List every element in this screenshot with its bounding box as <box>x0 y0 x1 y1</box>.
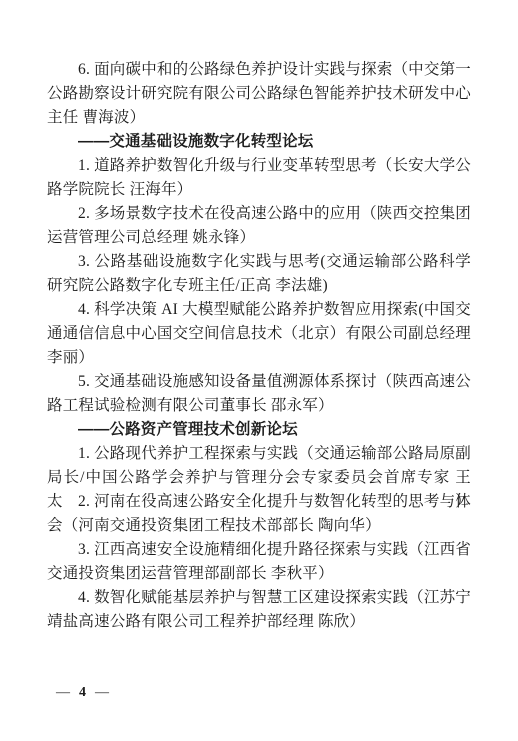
text-line: 通通信信息中心国交空间信息技术（北京）有限公司副总经理 <box>47 322 471 346</box>
text-line: 交通投资集团运营管理部副部长 李秋平） <box>47 562 471 586</box>
footer-page-number: 4 <box>79 685 86 700</box>
text-line: 4. 数智化赋能基层养护与智慧工区建设探索实践（江苏宁 <box>47 586 471 610</box>
text-line: 1. 道路养护数智化升级与行业变革转型思考（长安大学公 <box>47 154 471 178</box>
text-line: 5. 交通基础设施感知设备量值溯源体系探讨（陕西高速公 <box>47 370 471 394</box>
text-line: 1. 公路现代养护工程探索与实践（交通运输部公路局原副 <box>47 442 471 466</box>
text-line: 运营管理公司总经理 姚永锋） <box>47 226 471 250</box>
text-line: 主任 曹海波） <box>47 106 471 130</box>
text-line: 李丽） <box>47 346 471 370</box>
text-line: 6. 面向碳中和的公路绿色养护设计实践与探索（中交第一 <box>47 58 471 82</box>
text-line: 会（河南交通投资集团工程技术部部长 陶向华） <box>47 514 471 538</box>
footer-dash-right: — <box>95 685 109 700</box>
footer-dash-left: — <box>56 685 70 700</box>
text-line: 2. 河南在役高速公路安全化提升与数智化转型的思考与体 <box>47 490 471 514</box>
text-line: 公路勘察设计研究院有限公司公路绿色智能养护技术研发中心 <box>47 82 471 106</box>
text-line: 3. 江西高速安全设施精细化提升路径探索与实践（江西省 <box>47 538 471 562</box>
section-heading: ——交通基础设施数字化转型论坛 <box>47 130 471 154</box>
text-line: 3. 公路基础设施数字化实践与思考(交通运输部公路科学 <box>47 250 471 274</box>
text-line: 靖盐高速公路有限公司工程养护部经理 陈欣） <box>47 610 471 634</box>
text-line: 2. 多场景数字技术在役高速公路中的应用（陕西交控集团 <box>47 202 471 226</box>
section-heading: ——公路资产管理技术创新论坛 <box>47 418 471 442</box>
text-line: 路学院院长 汪海年） <box>47 178 471 202</box>
text-line: 4. 科学决策 AI 大模型赋能公路养护数智应用探索(中国交 <box>47 298 471 322</box>
text-line: 路工程试验检测有限公司董事长 邵永军） <box>47 394 471 418</box>
document-page: 6. 面向碳中和的公路绿色养护设计实践与探索（中交第一公路勘察设计研究院有限公司… <box>0 0 518 741</box>
document-body: 6. 面向碳中和的公路绿色养护设计实践与探索（中交第一公路勘察设计研究院有限公司… <box>47 58 471 634</box>
text-line: 研究院公路数字化专班主任/正高 李法雄) <box>47 274 471 298</box>
page-number-footer: —4— <box>56 684 109 702</box>
text-line: 局长/中国公路学会养护与管理分会专家委员会首席专家 王太） <box>47 466 471 490</box>
